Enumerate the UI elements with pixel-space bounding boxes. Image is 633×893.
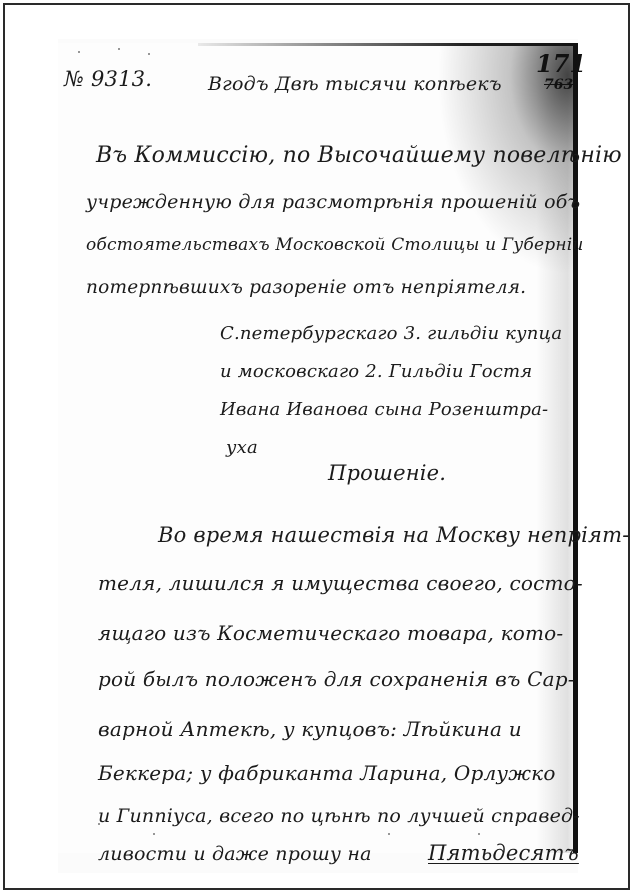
page-top-edge — [198, 43, 578, 46]
petitioner-line: С.петербургскаго 3. гильдіи купца — [220, 323, 562, 344]
body-line: Беккера; у фабриканта Ларина, Орлужко — [98, 761, 556, 785]
petitioner-line: Ивана Иванова сына Розенштра- — [220, 399, 548, 420]
address-line: учрежденную для разсмотрѣнія прошеній об… — [86, 191, 580, 213]
address-line: Въ Коммиссію, по Высочайшему повелѣнію — [96, 143, 622, 168]
body-line: Во время нашествія на Москву непріят- — [158, 523, 630, 547]
body-line: теля, лишился я имущества своего, состо- — [98, 571, 583, 595]
image-frame: 171 763 № 9313. Вгодъ Двѣ тысячи копѣекъ… — [3, 3, 630, 890]
body-line: и Гиппіуса, всего по цѣнѣ по лучшей спра… — [98, 805, 580, 827]
folio-number: 171 — [536, 49, 586, 78]
document-number: № 9313. — [64, 67, 152, 91]
body-line: варной Аптекѣ, у купцовъ: Лѣйкина и — [98, 717, 522, 741]
header-note: Вгодъ Двѣ тысячи копѣекъ — [208, 73, 502, 95]
speck — [78, 51, 80, 53]
petition-title: Прошеніе. — [328, 461, 446, 485]
manuscript-page: 171 763 № 9313. Вгодъ Двѣ тысячи копѣекъ… — [58, 43, 578, 853]
speck — [388, 833, 390, 835]
address-line: потерпѣвшихъ разореніе отъ непріятеля. — [86, 277, 526, 298]
body-line: рой былъ положенъ для сохраненія въ Сар- — [98, 667, 575, 691]
folio-number-old: 763 — [544, 77, 573, 93]
speck — [478, 833, 480, 835]
petitioner-line: уха — [226, 437, 258, 458]
speck — [118, 48, 120, 50]
underlined-amount: Пятьдесятъ — [428, 841, 579, 865]
body-line: ящаго изъ Косметическаго товара, кото- — [98, 621, 563, 645]
scanned-page: 171 763 № 9313. Вгодъ Двѣ тысячи копѣекъ… — [58, 39, 578, 873]
speck — [153, 833, 155, 835]
speck — [148, 53, 150, 55]
address-line: обстоятельствахъ Московской Столицы и Гу… — [86, 235, 584, 255]
body-line: ливости и даже прошу на — [98, 843, 372, 865]
petitioner-line: и московскаго 2. Гильдіи Гостя — [220, 361, 532, 382]
